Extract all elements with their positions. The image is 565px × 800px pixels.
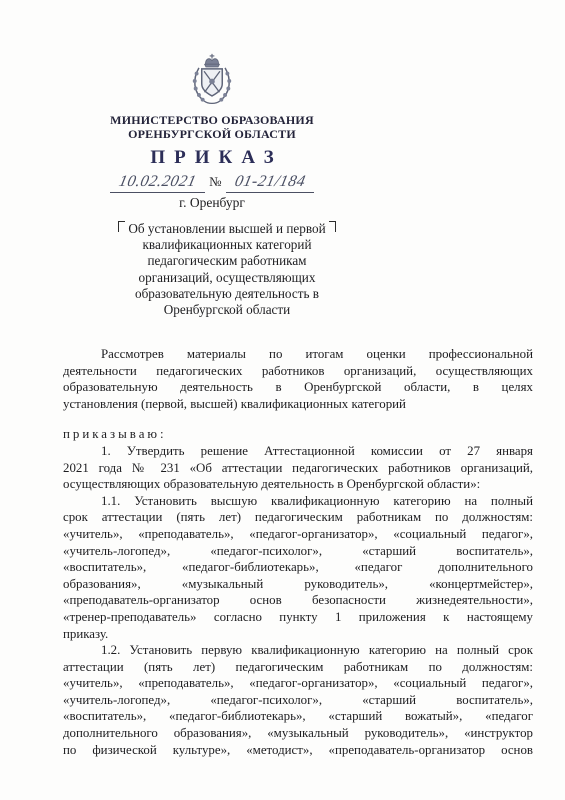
subject-line: организаций, осуществляющих [110,270,344,286]
body-line: дополнительного образования», «музыкальн… [63,725,533,742]
body-line: срок аттестации (пять лет) педагогически… [63,509,533,526]
body-line: «воспитатель», «педагог-библиотекарь», «… [63,708,533,725]
date-field: 10.02.2021 [110,173,205,193]
body-line: «учитель-логопед», «педагог-психолог», «… [63,692,533,709]
document-header: МИНИСТЕРСТВО ОБРАЗОВАНИЯ ОРЕНБУРГСКОЙ ОБ… [82,52,342,211]
handwritten-date: 10.02.2021 [117,173,198,191]
number-sign: № [209,174,221,189]
ministry-name-line1: МИНИСТЕРСТВО ОБРАЗОВАНИЯ [82,113,342,127]
ministry-name: МИНИСТЕРСТВО ОБРАЗОВАНИЯ ОРЕНБУРГСКОЙ ОБ… [82,113,342,141]
number-field: 01-21/184 [226,173,314,193]
body-line: «преподаватель-организатор основ безопас… [63,592,533,609]
city-label: г. Оренбург [82,195,342,211]
corner-mark-right-icon [329,221,336,232]
body-line: «тренер-преподаватель» согласно пункту 1… [63,609,533,626]
order-word: приказываю: [63,426,533,443]
body-line: «учитель-логопед», «педагог-психолог», «… [63,543,533,560]
body-line: «воспитатель», «педагог-библиотекарь», «… [63,559,533,576]
subject-line: педагогическим работникам [110,253,344,269]
document-type-title: ПРИКАЗ [82,147,342,169]
body-line: деятельности педагогических работников о… [63,363,533,380]
body-line: Рассмотрев материалы по итогам оценки пр… [63,346,533,363]
subject-line-text: Об установлении высшей и первой [128,221,325,236]
body-line: «учитель», «преподаватель», «педагог-орг… [63,526,533,543]
subject-line: образовательную деятельность в [110,286,344,302]
subject-line: Об установлении высшей и первой [110,221,344,237]
body-line: аттестации (пять лет) педагогическим раб… [63,659,533,676]
body-line: осуществляющих образовательную деятельно… [63,476,533,493]
ministry-name-line2: ОРЕНБУРГСКОЙ ОБЛАСТИ [82,127,342,141]
corner-mark-left-icon [118,221,125,232]
body-line: 1. Утвердить решение Аттестационной коми… [63,443,533,460]
body-text: Рассмотрев материалы по итогам оценки пр… [63,346,533,758]
body-line: 1.2. Установить первую квалификационную … [63,642,533,659]
body-line: образования», «музыкальный руководитель»… [63,576,533,593]
body-line: 1.1. Установить высшую квалификационную … [63,493,533,510]
orenburg-coat-of-arms-icon [184,52,240,110]
body-line: 2021 года № 231 «Об аттестации педагогич… [63,460,533,477]
subject-line: Оренбургской области [110,302,344,318]
handwritten-number: 01-21/184 [233,173,307,191]
date-number-row: 10.02.2021№01-21/184 [82,173,342,193]
body-line: «учитель», «преподаватель», «педагог-орг… [63,675,533,692]
document-page: МИНИСТЕРСТВО ОБРАЗОВАНИЯ ОРЕНБУРГСКОЙ ОБ… [0,0,565,800]
body-line: приказу. [63,626,533,643]
body-line: установления (первой, высшей) квалификац… [63,396,533,413]
body-line: по физической культуре», «методист», «пр… [63,742,533,759]
subject-block: Об установлении высшей и первой квалифик… [110,221,344,318]
subject-line: квалификационных категорий [110,237,344,253]
body-line: образовательную деятельность в Оренбургс… [63,379,533,396]
